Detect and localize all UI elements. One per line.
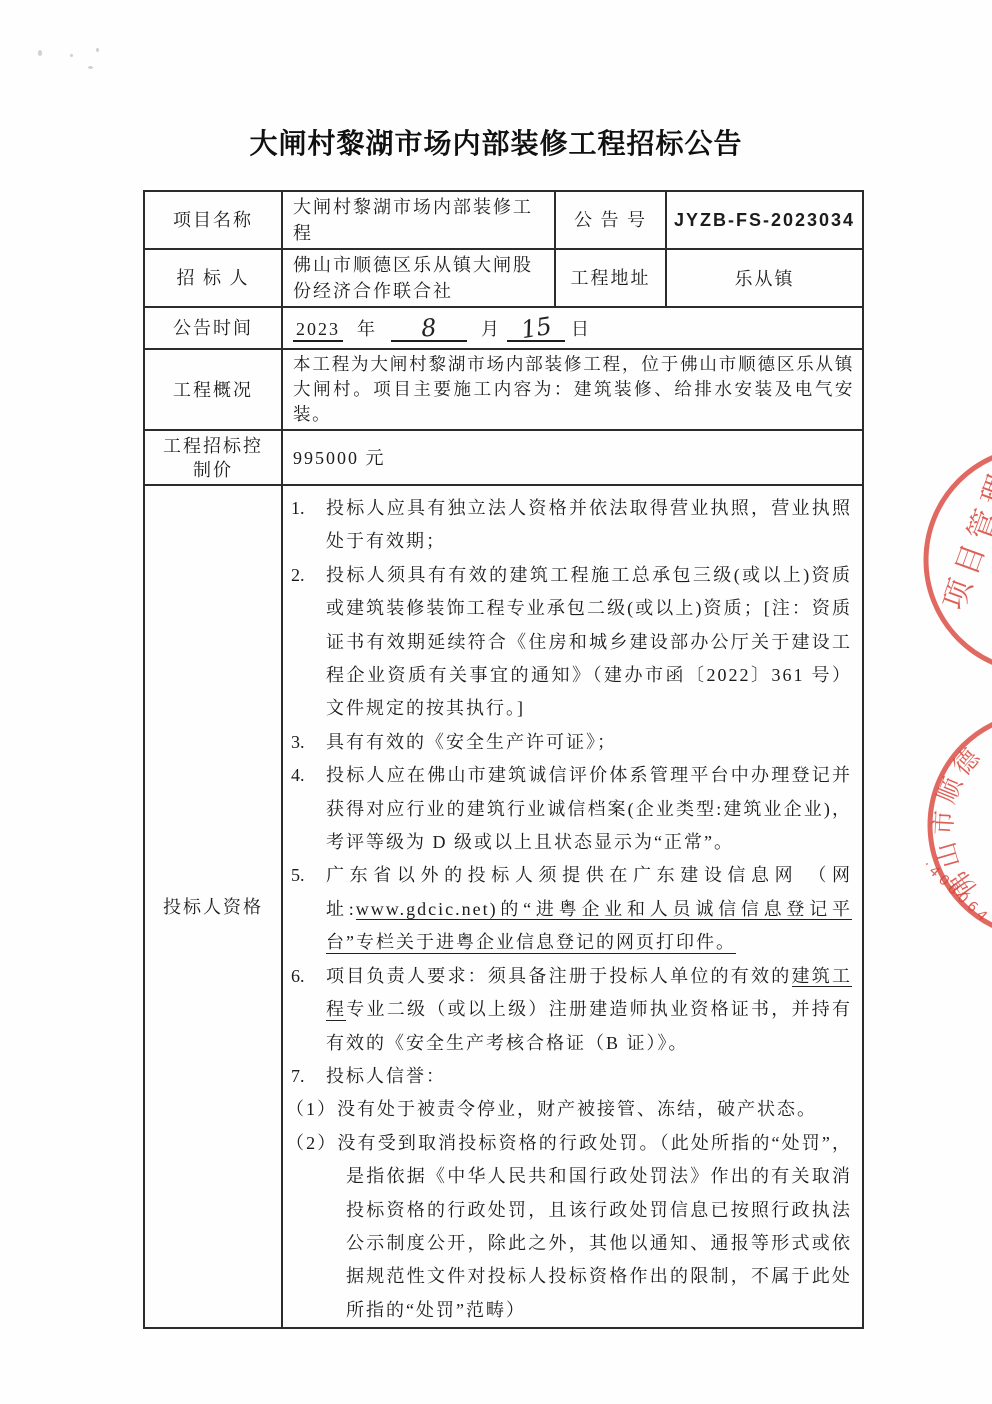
project-address-value: 乐从镇: [666, 249, 863, 307]
qualification-item-7: 7.投标人信誉：: [283, 1060, 852, 1093]
qualification-item-9: （2）没有受到取消投标资格的行政处罚。（此处所指的“处罚”，是指依据《中华人民共…: [283, 1127, 852, 1327]
notice-no-value: JYZB-FS-2023034: [666, 191, 863, 249]
tender-notice-table: 项目名称 大闸村黎湖市场内部装修工程 公 告 号 JYZB-FS-2023034…: [143, 190, 864, 1329]
scan-artifact: [88, 66, 93, 69]
text-segment: 具有有效的《安全生产许可证》；: [326, 732, 617, 752]
qualification-item-marker: 2.: [291, 559, 305, 592]
underlined-text: www.gdcic.net)的“进粤企业和人员诚信信息登记平台”专栏关于进粤企业…: [326, 899, 852, 954]
qualification-item-8: （1）没有处于被责令停业，财产被接管、冻结，破产状态。: [283, 1093, 852, 1126]
text-segment: 专业二级（或以上级）注册建造师执业资格证书，并持有有效的《安全生产考核合格证（B…: [326, 999, 852, 1052]
qualification-item-3: 3.具有有效的《安全生产许可证》；: [283, 726, 852, 759]
text-segment: 投标人应具有独立法人资格并依法取得营业执照，营业执照处于有效期；: [326, 498, 852, 551]
red-stamp-top: 项目管理: [850, 442, 992, 708]
project-name-value: 大闸村黎湖市场内部装修工程: [282, 191, 555, 249]
stamp-ring: [926, 448, 992, 672]
scan-artifact: [38, 50, 42, 56]
table-row: 工程概况 本工程为大闸村黎湖市场内部装修工程，位于佛山市顺德区乐从镇大闸村。项目…: [144, 349, 863, 430]
text-segment: （2）没有受到取消投标资格的行政处罚。（此处所指的“处罚”，是指依据《中华人民共…: [286, 1133, 852, 1320]
notice-date-year-unit: 年: [357, 319, 377, 339]
project-address-label: 工程地址: [555, 249, 666, 307]
notice-date-month-unit: 月: [481, 319, 501, 339]
qualification-item-2: 2.投标人须具有有效的建筑工程施工总承包三级(或以上)资质或建筑装修装饰工程专业…: [283, 559, 852, 726]
table-row: 招 标 人 佛山市顺德区乐从镇大闸股份经济合作联合社 工程地址 乐从镇: [144, 249, 863, 307]
qualification-cell: 1.投标人应具有独立法人资格并依法取得营业执照，营业执照处于有效期；2.投标人须…: [282, 485, 863, 1328]
scan-artifact: [96, 48, 99, 52]
control-price-label: 工程招标控制价: [144, 430, 282, 485]
scan-artifact: [70, 54, 73, 57]
text-segment: 投标人应在佛山市建筑诚信评价体系管理平台中办理登记并获得对应行业的建筑行业诚信档…: [326, 765, 852, 852]
qualification-item-marker: 4.: [291, 759, 305, 792]
scanned-tender-notice-page: 大闸村黎湖市场内部装修工程招标公告 项目名称 大闸村黎湖市场内部装修工程 公 告…: [0, 0, 992, 1404]
notice-no-label: 公 告 号: [555, 191, 666, 249]
qualification-list: 1.投标人应具有独立法人资格并依法取得营业执照，营业执照处于有效期；2.投标人须…: [283, 492, 852, 1327]
tenderer-value: 佛山市顺德区乐从镇大闸股份经济合作联合社: [282, 249, 555, 307]
notice-date-day-unit: 日: [571, 319, 591, 339]
notice-date-month-blank: 8: [391, 317, 467, 342]
svg-text:佛山市顺德区: 佛山市顺德区: [850, 688, 989, 902]
qualification-item-marker: 5.: [291, 859, 305, 892]
text-segment: 投标人信誉：: [326, 1066, 446, 1086]
stamp-top-text: 项目管理: [938, 464, 992, 614]
text-segment: （1）没有处于被责令停业，财产被接管、冻结，破产状态。: [286, 1099, 817, 1119]
qualification-item-6: 6.项目负责人要求：须具备注册于投标人单位的有效的建筑工程专业二级（或以上级）注…: [283, 960, 852, 1060]
text-segment: 项目负责人要求：须具备注册于投标人单位的有效的: [326, 966, 792, 986]
qualification-item-marker: 1.: [291, 492, 305, 525]
qualification-item-1: 1.投标人应具有独立法人资格并依法取得营业执照，营业执照处于有效期；: [283, 492, 852, 559]
red-stamp-bottom: 佛山市顺德区 ·408064: [850, 688, 992, 988]
notice-date-label: 公告时间: [144, 307, 282, 349]
stamp-ring: [930, 713, 992, 937]
notice-date-value: 2023年8月15日: [282, 307, 863, 349]
tenderer-label: 招 标 人: [144, 249, 282, 307]
qualification-item-marker: 7.: [291, 1060, 305, 1093]
stamp-bottom-ring-text: 佛山市顺德区: [850, 688, 989, 902]
notice-date-day-handwritten: 15: [519, 315, 552, 340]
notice-date-year: 2023: [293, 319, 343, 342]
control-price-value: 995000 元: [282, 430, 863, 485]
qualification-item-4: 4.投标人应在佛山市建筑诚信评价体系管理平台中办理登记并获得对应行业的建筑行业诚…: [283, 759, 852, 859]
text-segment: 投标人须具有有效的建筑工程施工总承包三级(或以上)资质或建筑装修装饰工程专业承包…: [326, 565, 852, 719]
notice-date-day-blank: 15: [507, 317, 565, 342]
overview-value: 本工程为大闸村黎湖市场内部装修工程，位于佛山市顺德区乐从镇大闸村。项目主要施工内…: [282, 349, 863, 430]
table-row: 公告时间 2023年8月15日: [144, 307, 863, 349]
qualification-item-marker: 6.: [291, 960, 305, 993]
table-row: 投标人资格 1.投标人应具有独立法人资格并依法取得营业执照，营业执照处于有效期；…: [144, 485, 863, 1328]
qualification-item-marker: 3.: [291, 726, 305, 759]
project-name-label: 项目名称: [144, 191, 282, 249]
qualification-label: 投标人资格: [144, 485, 282, 1328]
table-row: 项目名称 大闸村黎湖市场内部装修工程 公 告 号 JYZB-FS-2023034: [144, 191, 863, 249]
qualification-item-5: 5.广东省以外的投标人须提供在广东建设信息网 （网址:www.gdcic.net…: [283, 859, 852, 959]
notice-date-month-handwritten: 8: [421, 317, 438, 338]
overview-label: 工程概况: [144, 349, 282, 430]
page-title: 大闸村黎湖市场内部装修工程招标公告: [0, 122, 992, 162]
table-row: 工程招标控制价 995000 元: [144, 430, 863, 485]
stamp-bottom-serial: ·408064: [919, 857, 992, 927]
